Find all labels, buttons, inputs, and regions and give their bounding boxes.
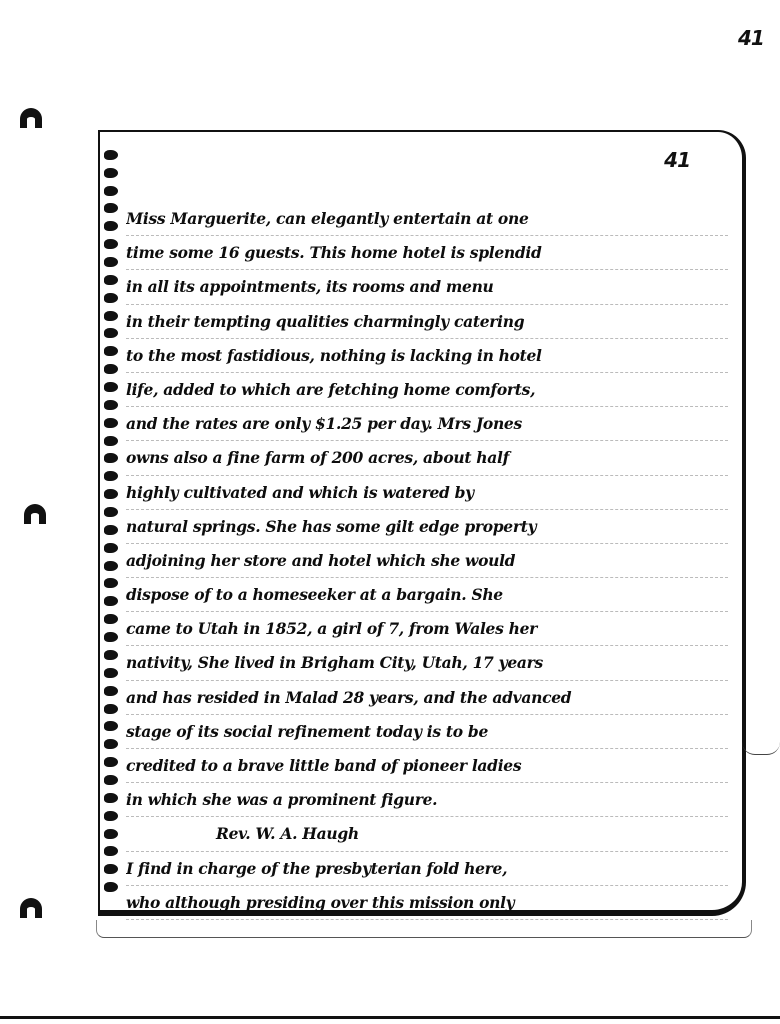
spiral-coil [104, 150, 118, 160]
spiral-coil [104, 757, 118, 767]
spiral-coil [104, 257, 118, 267]
spiral-coil [104, 704, 118, 714]
spiral-binding [100, 132, 120, 910]
spiral-coil [104, 686, 118, 696]
spiral-coil [104, 203, 118, 213]
handwritten-text: Miss Marguerite, can elegantly entertain… [126, 202, 728, 920]
margin-stroke [742, 742, 780, 755]
text-line: and the rates are only $1.25 per day. Mr… [126, 407, 728, 441]
outer-page-number: 41 [738, 26, 764, 50]
spiral-coil [104, 882, 118, 892]
spiral-coil [104, 596, 118, 606]
spiral-coil [104, 650, 118, 660]
text-line: adjoining her store and hotel which she … [126, 544, 728, 578]
scan-bottom-edge [0, 1016, 780, 1019]
text-line: in all its appointments, its rooms and m… [126, 270, 728, 304]
spiral-coil [104, 775, 118, 785]
spiral-coil [104, 543, 118, 553]
text-line: who although presiding over this mission… [126, 886, 728, 920]
spiral-coil [104, 168, 118, 178]
spiral-coil [104, 525, 118, 535]
spiral-coil [104, 561, 118, 571]
punch-hole-top [20, 108, 42, 128]
spiral-coil [104, 436, 118, 446]
text-line: highly cultivated and which is watered b… [126, 476, 728, 510]
spiral-coil [104, 668, 118, 678]
text-line: life, added to which are fetching home c… [126, 373, 728, 407]
text-line: credited to a brave little band of pione… [126, 749, 728, 783]
spiral-coil [104, 328, 118, 338]
spiral-coil [104, 221, 118, 231]
spiral-coil [104, 721, 118, 731]
spiral-coil [104, 829, 118, 839]
text-line: dispose of to a homeseeker at a bargain.… [126, 578, 728, 612]
page-edge-shadow [96, 920, 752, 938]
spiral-coil [104, 489, 118, 499]
spiral-coil [104, 453, 118, 463]
spiral-coil [104, 418, 118, 428]
spiral-coil [104, 382, 118, 392]
spiral-coil [104, 632, 118, 642]
spiral-coil [104, 471, 118, 481]
spiral-coil [104, 311, 118, 321]
spiral-coil [104, 864, 118, 874]
spiral-coil [104, 614, 118, 624]
notebook-page: 41 Miss Marguerite, can elegantly entert… [98, 130, 746, 916]
inner-page-number: 41 [664, 148, 690, 172]
spiral-coil [104, 364, 118, 374]
spiral-coil [104, 239, 118, 249]
text-line: came to Utah in 1852, a girl of 7, from … [126, 612, 728, 646]
text-line: I find in charge of the presbyterian fol… [126, 852, 728, 886]
text-line: natural springs. She has some gilt edge … [126, 510, 728, 544]
spiral-coil [104, 346, 118, 356]
text-line: Miss Marguerite, can elegantly entertain… [126, 202, 728, 236]
spiral-coil [104, 578, 118, 588]
signature-line: Rev. W. A. Haugh [126, 817, 728, 851]
text-line: owns also a fine farm of 200 acres, abou… [126, 441, 728, 475]
spiral-coil [104, 846, 118, 856]
spiral-coil [104, 293, 118, 303]
spiral-coil [104, 186, 118, 196]
text-line: in which she was a prominent figure. [126, 783, 728, 817]
spiral-coil [104, 400, 118, 410]
text-line: in their tempting qualities charmingly c… [126, 305, 728, 339]
spiral-coil [104, 739, 118, 749]
punch-hole-middle [24, 504, 46, 524]
spiral-coil [104, 507, 118, 517]
text-line: stage of its social refinement today is … [126, 715, 728, 749]
spiral-coil [104, 275, 118, 285]
text-line: nativity, She lived in Brigham City, Uta… [126, 646, 728, 680]
text-line: and has resided in Malad 28 years, and t… [126, 681, 728, 715]
spiral-coil [104, 793, 118, 803]
text-line: time some 16 guests. This home hotel is … [126, 236, 728, 270]
punch-hole-bottom [20, 898, 42, 918]
spiral-coil [104, 811, 118, 821]
text-line: to the most fastidious, nothing is lacki… [126, 339, 728, 373]
